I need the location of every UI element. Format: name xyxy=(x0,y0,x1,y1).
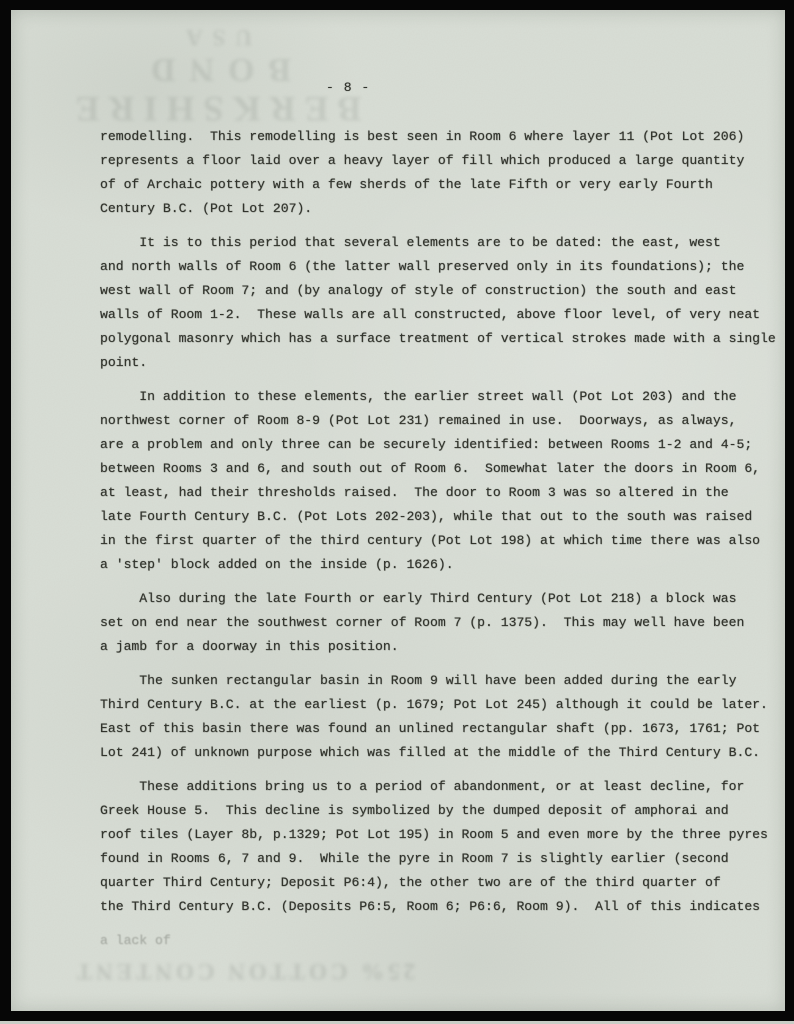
watermark-text-line: USA xyxy=(59,24,369,50)
paper-watermark-top: BERKSHIRE BOND USA xyxy=(59,24,369,130)
typed-paragraph: It is to this period that several elemen… xyxy=(100,231,782,375)
typed-text-block: remodelling. This remodelling is best se… xyxy=(100,125,782,953)
watermark-text-line: BOND xyxy=(59,50,369,88)
typed-paragraph: In addition to these elements, the earli… xyxy=(100,385,782,577)
page-number: - 8 - xyxy=(326,80,370,95)
typed-paragraph: The sunken rectangular basin in Room 9 w… xyxy=(100,669,782,765)
paper-watermark-bottom: 25% COTTON CONTENT xyxy=(69,958,419,984)
typed-paragraph: remodelling. This remodelling is best se… xyxy=(100,125,782,221)
faint-continuation-text: a lack of xyxy=(100,929,782,953)
watermark-text-line: BERKSHIRE xyxy=(59,88,369,130)
typed-paragraph: These additions bring us to a period of … xyxy=(100,775,782,919)
typed-paragraph: Also during the late Fourth or early Thi… xyxy=(100,587,782,659)
scan-background: BERKSHIRE BOND USA - 8 - remodelling. Th… xyxy=(0,0,794,1024)
document-page: BERKSHIRE BOND USA - 8 - remodelling. Th… xyxy=(11,10,785,1011)
